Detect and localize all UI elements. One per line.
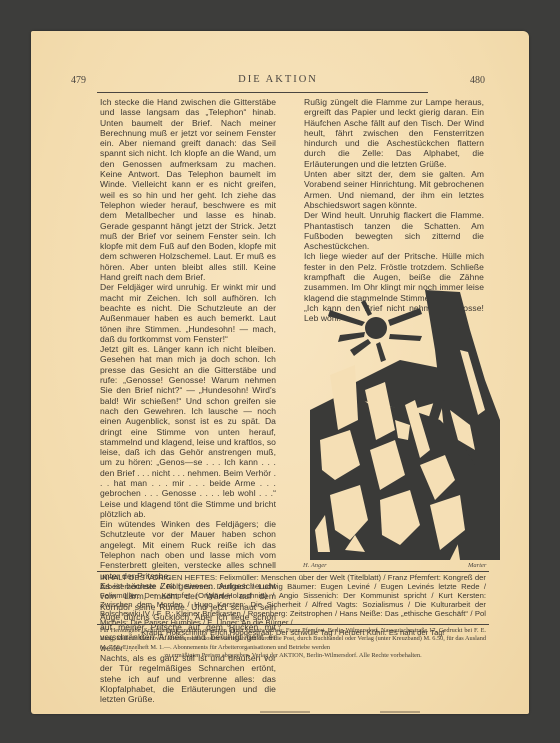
imprint-text: Für Herausgabe, Schriftleitung und den g… xyxy=(100,627,486,652)
paragraph: Rußig züngelt die Flamme zur Lampe herau… xyxy=(304,97,484,169)
imprint-rule xyxy=(97,624,489,625)
woodcut-image-icon xyxy=(310,290,500,560)
page-number-right: 480 xyxy=(470,75,485,86)
contents-heading: INHALT DES VORIGEN HEFTES: xyxy=(100,573,217,582)
illustration-title: Marter xyxy=(468,562,486,569)
paragraph: Nachts, als es ganz still ist und drauße… xyxy=(100,653,276,704)
paragraph: Ich stecke die Hand zwischen die Gitters… xyxy=(100,97,276,282)
page-edge-wear xyxy=(380,711,420,713)
running-head: 479 DIE AKTION 480 xyxy=(71,75,485,89)
page-edge-wear xyxy=(260,711,310,713)
imprint: Für Herausgabe, Schriftleitung und den g… xyxy=(100,627,486,661)
header-rule xyxy=(97,92,428,93)
paragraph: Unten aber sitzt der, dem sie galten. Am… xyxy=(304,169,484,210)
paragraph: Jetzt gilt es. Länger kann ich nicht ble… xyxy=(100,344,276,519)
woodcut-illustration xyxy=(310,290,500,560)
publication-title: DIE AKTION xyxy=(71,74,485,85)
contents-rule xyxy=(97,571,489,572)
paragraph: Der Wind heult. Unruhig flackert die Fla… xyxy=(304,210,484,251)
illustration-artist: H. Anger xyxy=(303,562,327,569)
paragraph: Der Feldjäger wird unruhig. Er winkt mir… xyxy=(100,282,276,344)
imprint-last-line: zu ermäßigten Preisen abgegeben. Verlag … xyxy=(100,652,486,660)
contents-text: Felixmüller: Menschen über der Welt (Tit… xyxy=(100,573,486,627)
